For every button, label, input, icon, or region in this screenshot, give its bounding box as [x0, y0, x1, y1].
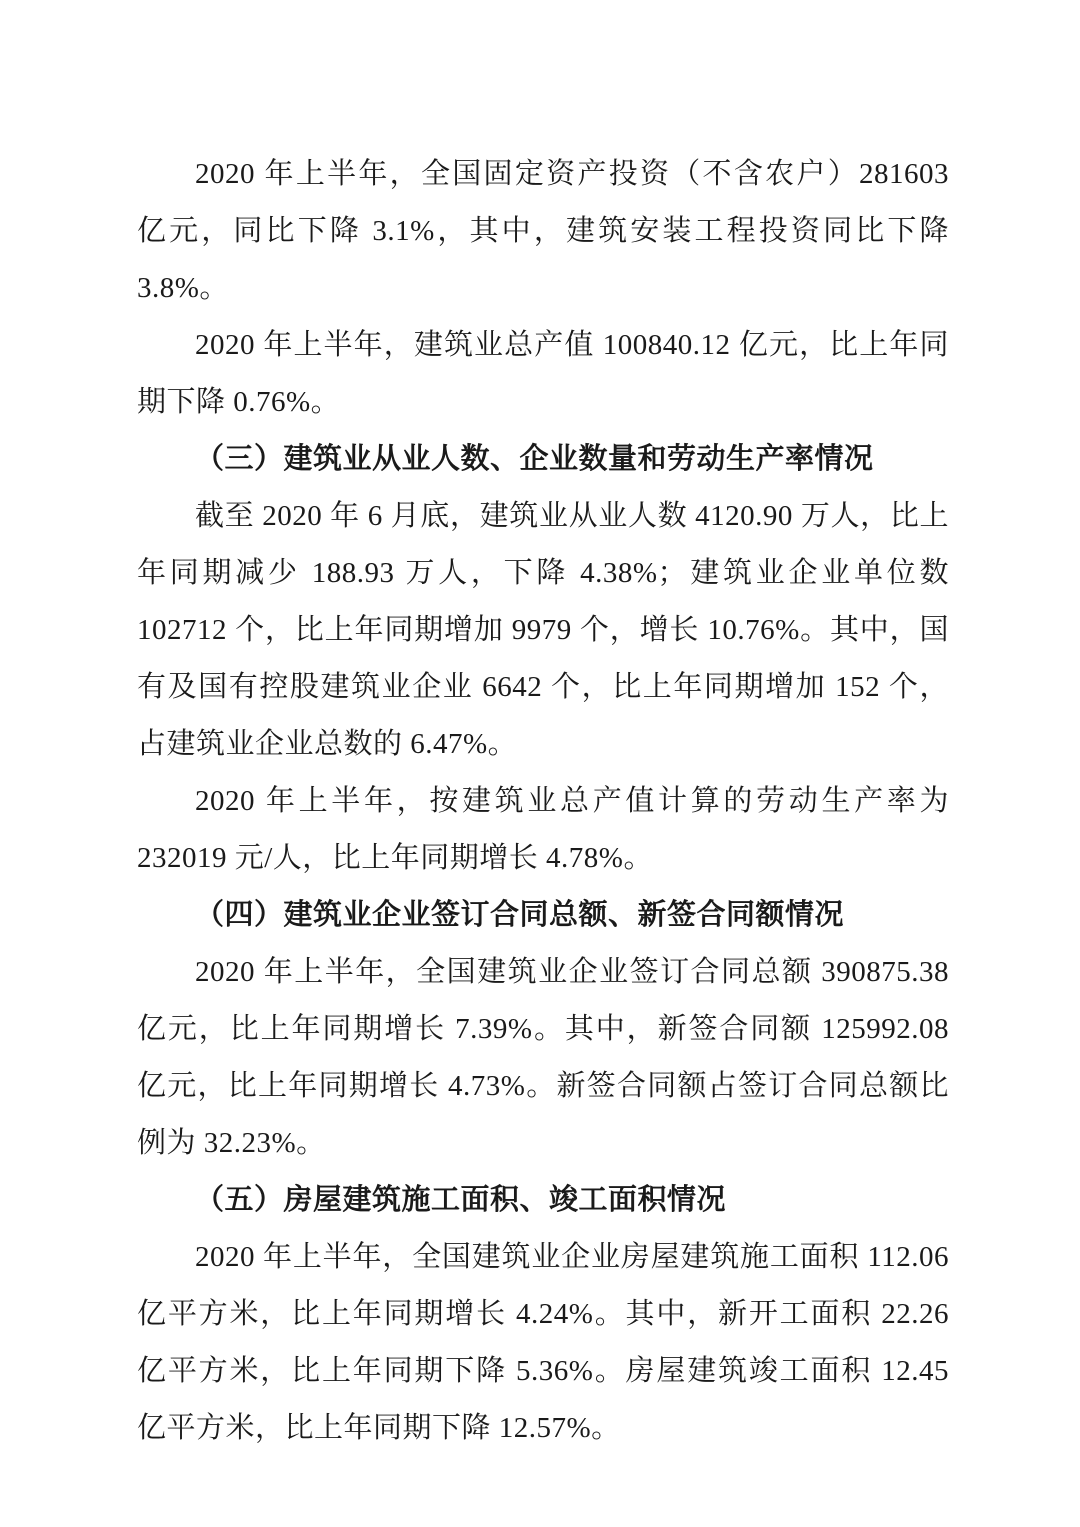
- para-labor-productivity: 2020 年上半年，按建筑业总产值计算的劳动生产率为 232019 元/人，比上…: [137, 773, 949, 887]
- para-floor-area-figures: 2020 年上半年，全国建筑业企业房屋建筑施工面积 112.06 亿平方米，比上…: [137, 1229, 949, 1457]
- para-fixed-asset-investment: 2020 年上半年，全国固定资产投资（不含农户）281603 亿元，同比下降 3…: [137, 146, 949, 317]
- para-contract-totals: 2020 年上半年，全国建筑业企业签订合同总额 390875.38 亿元，比上年…: [137, 944, 949, 1172]
- heading-section-three-employment: （三）建筑业从业人数、企业数量和劳动生产率情况: [137, 431, 949, 488]
- heading-section-four-contracts: （四）建筑业企业签订合同总额、新签合同额情况: [137, 887, 949, 944]
- document-page: 2020 年上半年，全国固定资产投资（不含农户）281603 亿元，同比下降 3…: [0, 0, 1080, 1527]
- para-construction-total-output: 2020 年上半年，建筑业总产值 100840.12 亿元，比上年同期下降 0.…: [137, 317, 949, 431]
- document-text-block: 2020 年上半年，全国固定资产投资（不含农户）281603 亿元，同比下降 3…: [137, 146, 949, 1457]
- para-employment-and-enterprise-count: 截至 2020 年 6 月底，建筑业从业人数 4120.90 万人，比上年同期减…: [137, 488, 949, 773]
- heading-section-five-floor-area: （五）房屋建筑施工面积、竣工面积情况: [137, 1172, 949, 1229]
